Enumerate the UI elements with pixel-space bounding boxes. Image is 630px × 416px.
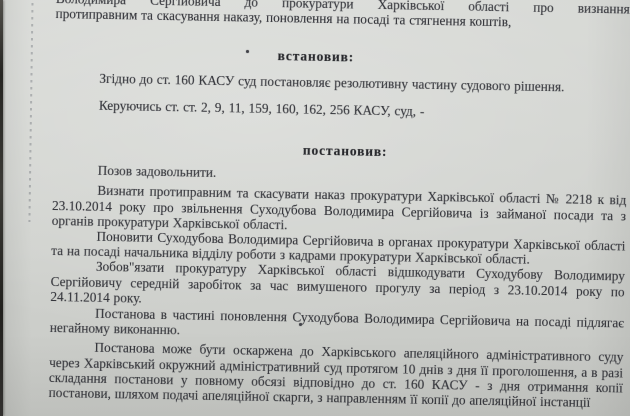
heading-vstanovyv: встановив:	[29, 44, 603, 70]
paragraph-oskarzhennya: Постанова може бути оскаржена до Харківс…	[49, 339, 624, 410]
document-photo: Володимира Сергійовича до прокуратури Ха…	[0, 0, 630, 416]
paragraph-kasu-160: Згідно до ст. 160 КАСУ суд постановляє р…	[54, 70, 628, 96]
left-edge-shadow	[0, 0, 3, 416]
ink-dot	[246, 50, 249, 53]
document-text: Володимира Сергійовича до прокуратури Ха…	[49, 0, 630, 411]
paragraph-keruyuchys: Керуючись ст. ст. 2, 9, 11, 159, 160, 16…	[54, 97, 628, 123]
heading-postanovyv: постановив:	[58, 138, 630, 164]
ink-dot	[299, 323, 302, 326]
